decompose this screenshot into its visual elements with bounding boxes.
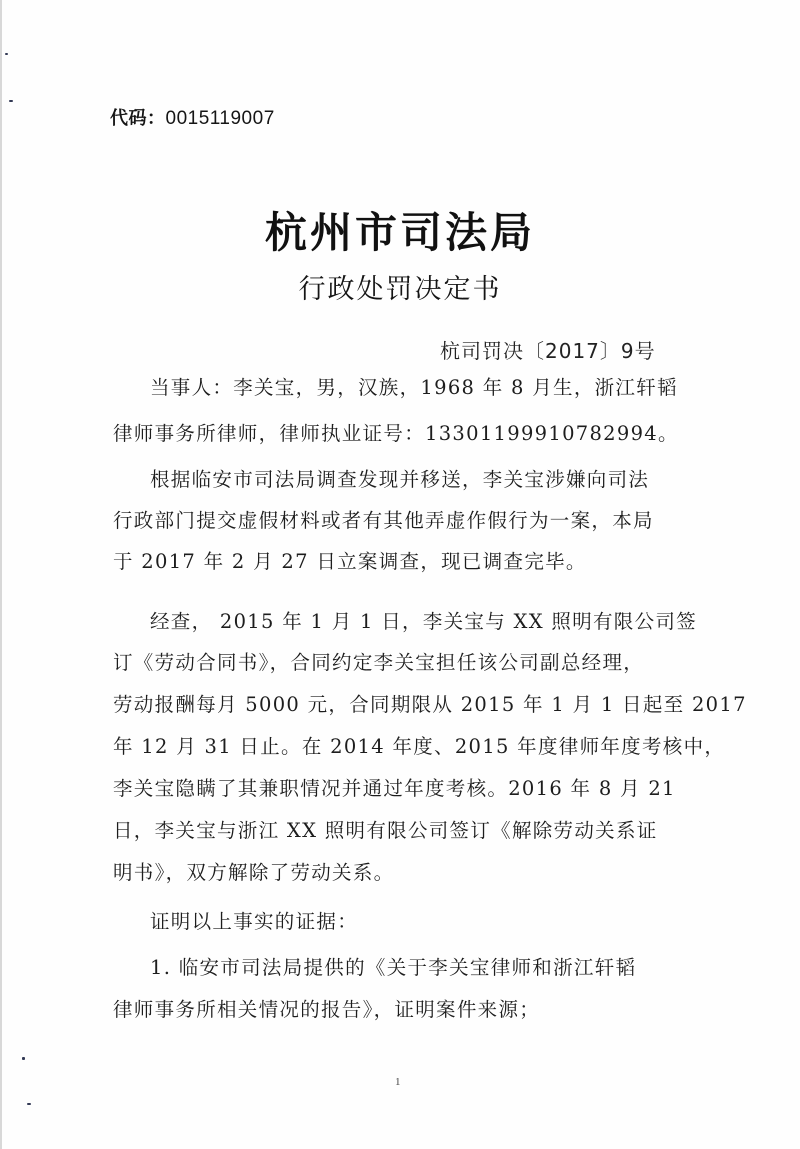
scan-edge: [0, 0, 2, 1149]
scan-artifact: [5, 53, 8, 55]
page-number: 1: [395, 1076, 401, 1088]
scan-artifact: [27, 1103, 31, 1105]
text-line: 订《劳动合同书》，合同约定李关宝担任该公司副总经理，: [113, 653, 644, 673]
code-value: 0015119007: [166, 108, 275, 129]
text-line: 明书》，双方解除了劳动关系。: [113, 863, 394, 883]
text-line: 劳动报酬每月 5000 元，合同期限从 2015 年 1 月 1 日起至 201…: [113, 695, 747, 715]
text-line: 日，李关宝与浙江 XX 照明有限公司签订《解除劳动关系证: [113, 821, 658, 841]
scan-artifact: [22, 1057, 25, 1060]
text-line: 于 2017 年 2 月 27 日立案调查，现已调查完毕。: [113, 552, 587, 572]
text-line: 律师事务所相关情况的报告》，证明案件来源；: [113, 1000, 540, 1020]
agency-title: 杭州市司法局: [0, 212, 800, 254]
text-line: 李关宝隐瞒了其兼职情况并通过年度考核。2016 年 8 月 21: [113, 779, 676, 799]
text-line: 根据临安市司法局调查发现并移送，李关宝涉嫌向司法: [150, 470, 649, 490]
text-line: 行政部门提交虚假材料或者有其他弄虚作假行为一案，本局: [113, 511, 654, 531]
document-code: 代码：0015119007: [110, 104, 275, 130]
scanned-document-page: 代码：0015119007 杭州市司法局 行政处罚决定书 杭司罚决〔2017〕9…: [0, 0, 800, 1149]
document-title: 行政处罚决定书: [0, 276, 800, 303]
text-line: 证明以上事实的证据：: [150, 912, 358, 932]
scan-artifact: [9, 100, 13, 102]
code-label: 代码：: [110, 108, 166, 129]
text-line: 1. 临安市司法局提供的《关于李关宝律师和浙江轩韬: [150, 958, 636, 978]
text-line: 律师事务所律师，律师执业证号：13301199910782994。: [113, 424, 679, 444]
text-line: 年 12 月 31 日止。在 2014 年度、2015 年度律师年度考核中，: [113, 737, 725, 757]
text-line: 当事人：李关宝，男，汉族，1968 年 8 月生，浙江轩韬: [150, 378, 678, 398]
document-number: 杭司罚决〔2017〕9号: [440, 335, 656, 364]
text-line: 经查， 2015 年 1 月 1 日，李关宝与 XX 照明有限公司签: [150, 612, 697, 632]
